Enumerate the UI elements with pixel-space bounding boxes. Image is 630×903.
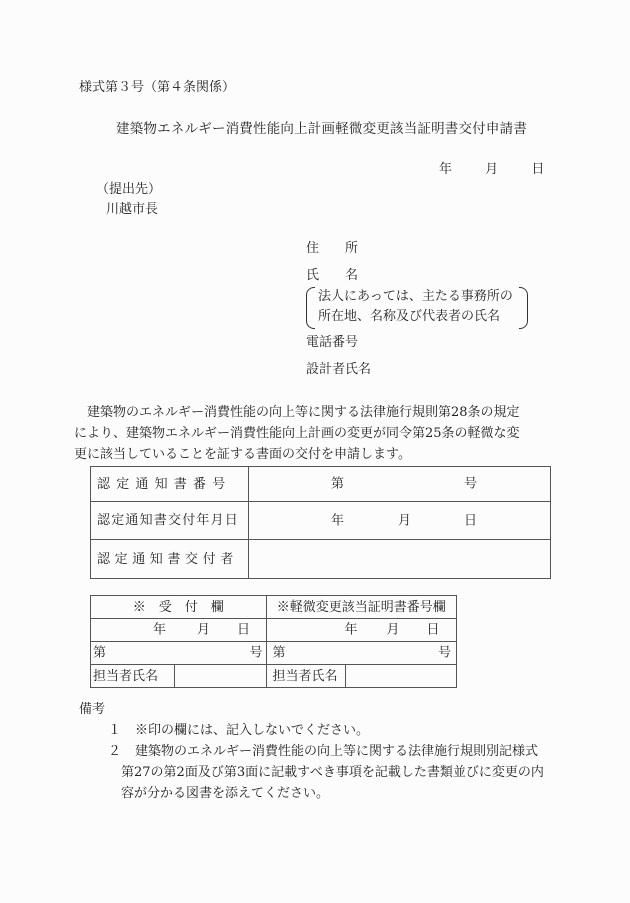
month-label: 月 — [197, 624, 210, 637]
table-row: ※ 受 付 欄 ※軽微変更該当証明書番号欄 — [91, 596, 457, 619]
label-text: 認定通知書交付年月日 — [97, 513, 239, 528]
cert-staff-label: 担当者氏名 — [266, 665, 346, 688]
day-label: 日 — [427, 624, 440, 637]
application-statement: 建築物のエネルギー消費性能の向上等に関する法律施行規則第28条の規定 により、建… — [74, 402, 558, 465]
corp-note-line1: 法人にあっては、主たる事務所の — [318, 290, 513, 303]
document-title: 建築物エネルギー消費性能向上計画軽微変更該当証明書交付申請書 — [116, 123, 527, 137]
reception-staff-label: 担当者氏名 — [91, 665, 175, 688]
address-label: 住 所 — [306, 242, 358, 255]
cert-date-label: 認定通知書交付年月日 — [91, 502, 249, 540]
cert-number-field[interactable]: 第 号 — [266, 642, 456, 665]
table-row: 認定通知書交付者 — [91, 540, 551, 579]
reception-date-field[interactable]: 年 月 日 — [91, 619, 267, 642]
label-text: 認定通知書交付者 — [97, 552, 238, 567]
day-label: 日 — [531, 163, 544, 176]
cert-issuer-field[interactable] — [249, 540, 551, 579]
day-label: 日 — [464, 514, 477, 527]
number-prefix: 第 — [273, 647, 286, 660]
office-use-table: ※ 受 付 欄 ※軽微変更該当証明書番号欄 年 月 日 年 月 日 第 号 — [90, 595, 457, 688]
number-prefix: 第 — [93, 647, 106, 660]
table-row: 認定通知書交付年月日 年 月 日 — [91, 502, 551, 540]
reception-number-field[interactable]: 第 号 — [91, 642, 267, 665]
number-suffix: 号 — [250, 647, 263, 660]
remarks-heading: 備考 — [79, 699, 105, 720]
number-suffix: 号 — [464, 478, 477, 491]
day-label: 日 — [237, 624, 250, 637]
cert-number-label: 認定通知書番号 — [91, 467, 249, 502]
remark-2-line3: 容が分かる図書を添えてください。 — [121, 783, 329, 804]
certification-table: 認定通知書番号 第 号 認定通知書交付年月日 年 月 日 認定通知書交付者 — [90, 466, 551, 579]
statement-line1: 建築物のエネルギー消費性能の向上等に関する法律施行規則第28条の規定 — [74, 402, 558, 423]
statement-line2: により、建築物エネルギー消費性能向上計画の変更が同令第25条の軽微な変 — [74, 423, 558, 444]
number-prefix: 第 — [331, 478, 344, 491]
remark-2-number: ２ — [108, 741, 121, 762]
table-row: 年 月 日 年 月 日 — [91, 619, 457, 642]
remark-1-text: ※印の欄には、記入しないでください。 — [135, 720, 369, 741]
cert-date-field[interactable]: 年 月 日 — [266, 619, 456, 642]
reception-staff-field[interactable] — [174, 665, 266, 688]
year-label: 年 — [439, 163, 452, 176]
remark-2-line1: 建築物のエネルギー消費性能の向上等に関する法律施行規則別記様式 — [135, 741, 538, 762]
table-row: 認定通知書番号 第 号 — [91, 467, 551, 502]
month-label: 月 — [398, 514, 411, 527]
month-label: 月 — [485, 163, 498, 176]
form-id: 様式第３号（第４条関係） — [79, 81, 235, 94]
cert-staff-field[interactable] — [346, 665, 457, 688]
phone-label: 電話番号 — [306, 336, 358, 349]
month-label: 月 — [387, 624, 400, 637]
right-bracket — [519, 287, 528, 329]
reception-header: ※ 受 付 欄 — [91, 596, 267, 619]
cert-number-header: ※軽微変更該当証明書番号欄 — [266, 596, 456, 619]
corporation-note: 法人にあっては、主たる事務所の 所在地、名称及び代表者の氏名 — [306, 287, 528, 329]
corp-note-line2: 所在地、名称及び代表者の氏名 — [318, 310, 500, 323]
year-label: 年 — [331, 514, 344, 527]
left-bracket — [306, 287, 315, 329]
table-row: 第 号 第 号 — [91, 642, 457, 665]
year-label: 年 — [153, 624, 166, 637]
submit-to-label: （提出先） — [96, 183, 161, 196]
cert-number-field[interactable]: 第 号 — [249, 467, 551, 502]
number-suffix: 号 — [438, 647, 451, 660]
name-label: 氏 名 — [306, 269, 358, 282]
remark-1-number: １ — [108, 720, 121, 741]
cert-date-field[interactable]: 年 月 日 — [249, 502, 551, 540]
recipient: 川越市長 — [106, 203, 158, 216]
label-text: 認定通知書番号 — [97, 477, 231, 492]
year-label: 年 — [345, 624, 358, 637]
designer-label: 設計者氏名 — [306, 363, 371, 376]
table-row: 担当者氏名 担当者氏名 — [91, 665, 457, 688]
cert-issuer-label: 認定通知書交付者 — [91, 540, 249, 579]
remark-2-line2: 第27の第2面及び第3面に記載すべき事項を記載した書類並びに変更の内 — [121, 762, 544, 783]
application-date: 年 月 日 — [439, 163, 544, 176]
statement-line3: 更に該当していることを証する書面の交付を申請します。 — [74, 444, 558, 465]
